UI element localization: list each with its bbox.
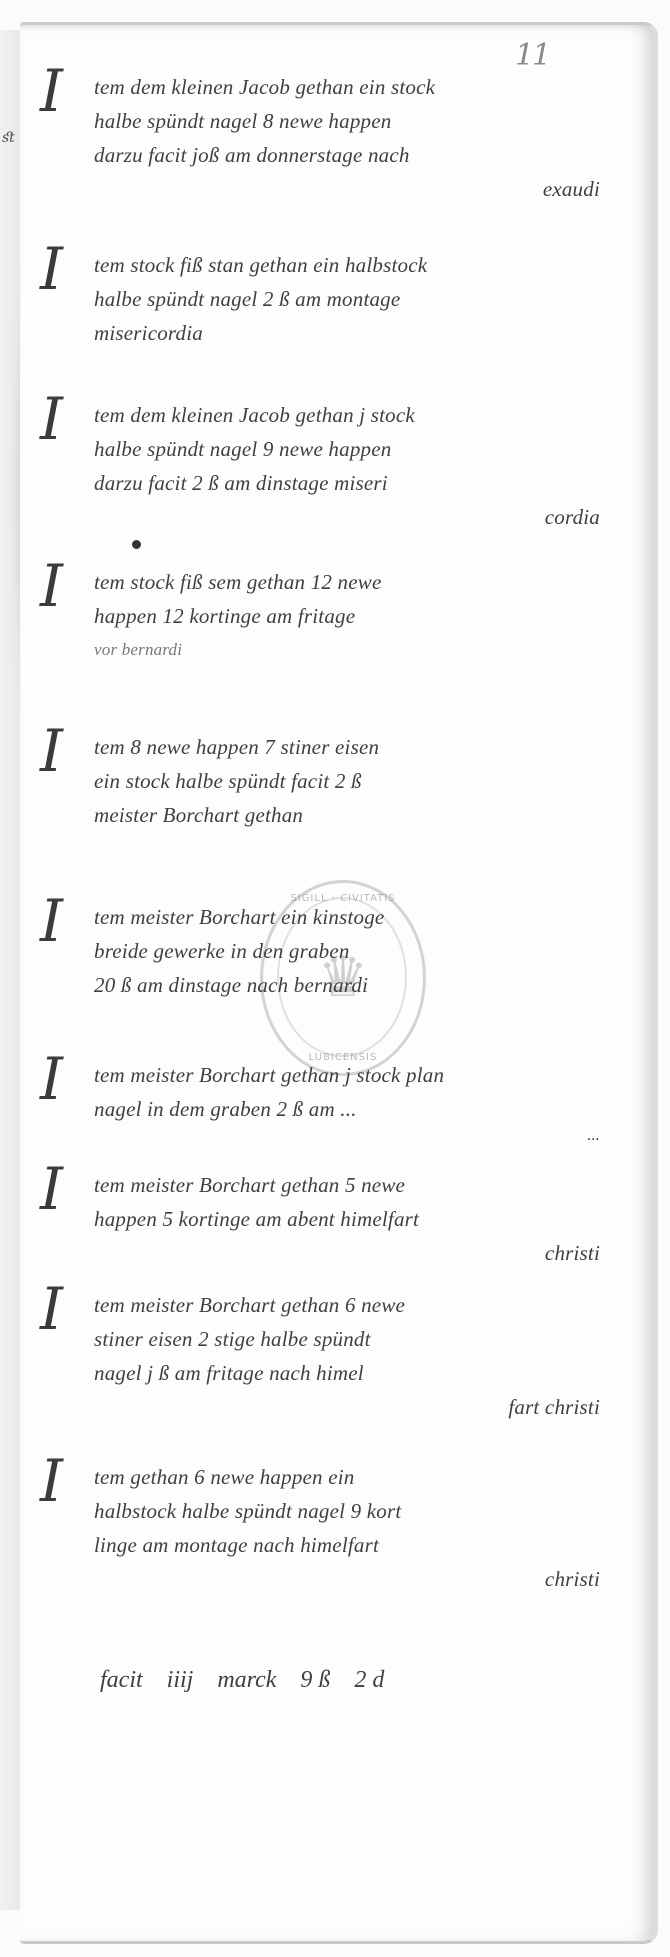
ledger-entry: I tem meister Borchart ein kinstoge brei… xyxy=(40,900,620,1002)
entry-line: darzu facit 2 ß am dinstage miseri xyxy=(94,466,620,500)
entry-initial: I xyxy=(40,557,63,615)
entry-line: tem meister Borchart gethan 5 newe xyxy=(94,1168,620,1202)
entry-tail: christi xyxy=(40,1562,620,1596)
entry-tail: fart christi xyxy=(40,1390,620,1424)
ledger-entry: I tem stock fiß stan gethan ein halbstoc… xyxy=(40,248,620,350)
entry-line: tem gethan 6 newe happen ein xyxy=(94,1460,620,1494)
entry-initial: I xyxy=(40,1280,63,1338)
entry-line: breide gewerke in den graben xyxy=(94,934,620,968)
ledger-entry: I tem gethan 6 newe happen ein halbstock… xyxy=(40,1460,620,1596)
entry-line: tem meister Borchart gethan 6 newe xyxy=(94,1288,620,1322)
entry-initial: I xyxy=(40,1452,63,1510)
ledger-entry: I tem dem kleinen Jacob gethan j stock h… xyxy=(40,398,620,534)
entry-line: ein stock halbe spündt facit 2 ß xyxy=(94,764,620,798)
ledger-entry: I tem dem kleinen Jacob gethan ein stock… xyxy=(40,70,620,206)
entry-line: tem 8 newe happen 7 stiner eisen xyxy=(94,730,620,764)
entry-line: darzu facit joß am donnerstage nach xyxy=(94,138,620,172)
entry-line: happen 12 kortinge am fritage xyxy=(94,599,620,633)
entry-initial: I xyxy=(40,240,63,298)
entry-tail: cordia xyxy=(40,500,620,534)
entry-line: linge am montage nach himelfart xyxy=(94,1528,620,1562)
ledger-entry: I tem meister Borchart gethan 5 newe hap… xyxy=(40,1168,620,1270)
ledger-entry: I tem stock fiß sem gethan 12 newe happe… xyxy=(40,565,620,667)
entry-initial: I xyxy=(40,1050,63,1108)
entry-line: halbstock halbe spündt nagel 9 kort xyxy=(94,1494,620,1528)
entry-initial: I xyxy=(40,1160,63,1218)
total-pence: 2 d xyxy=(354,1667,384,1693)
ledger-entry: I tem 8 newe happen 7 stiner eisen ein s… xyxy=(40,730,620,832)
entry-tail: exaudi xyxy=(40,172,620,206)
ink-blot xyxy=(132,540,141,549)
entry-line: halbe spündt nagel 2 ß am montage xyxy=(94,282,620,316)
entry-line: happen 5 kortinge am abent himelfart xyxy=(94,1202,620,1236)
entry-tail: misericordia xyxy=(94,316,620,350)
entry-line: halbe spündt nagel 8 newe happen xyxy=(94,104,620,138)
entry-tail: christi xyxy=(40,1236,620,1270)
entry-line: nagel j ß am fritage nach himel xyxy=(94,1356,620,1390)
total-marks-unit: marck xyxy=(217,1667,276,1693)
entry-line: meister Borchart gethan xyxy=(94,798,620,832)
entry-line: halbe spündt nagel 9 newe happen xyxy=(94,432,620,466)
entry-line: stiner eisen 2 stige halbe spündt xyxy=(94,1322,620,1356)
entry-tail: ... xyxy=(40,1126,620,1146)
manuscript-scan: ﬆ 11 I tem dem kleinen Jacob gethan ein … xyxy=(0,0,670,1957)
total-shillings: 9 ß xyxy=(300,1667,330,1693)
entry-line: nagel in dem graben 2 ß am ... xyxy=(94,1092,620,1126)
margin-fragment: ﬆ xyxy=(2,130,15,146)
entry-initial: I xyxy=(40,722,63,780)
entry-line: tem stock fiß stan gethan ein halbstock xyxy=(94,248,620,282)
entry-line: tem stock fiß sem gethan 12 newe xyxy=(94,565,620,599)
entry-line: tem meister Borchart ein kinstoge xyxy=(94,900,620,934)
total-marks-amount: iiij xyxy=(167,1667,194,1693)
entry-line: tem dem kleinen Jacob gethan j stock xyxy=(94,398,620,432)
entry-initial: I xyxy=(40,892,63,950)
ledger-total: facit iiij marck 9 ß 2 d xyxy=(100,1667,402,1694)
folio-number: 11 xyxy=(515,38,549,73)
ledger-entry: I tem meister Borchart gethan j stock pl… xyxy=(40,1058,620,1146)
entry-line: tem meister Borchart gethan j stock plan xyxy=(94,1058,620,1092)
entry-line: 20 ß am dinstage nach bernardi xyxy=(94,968,620,1002)
entry-tail: vor bernardi xyxy=(94,633,620,667)
total-label: facit xyxy=(100,1667,143,1693)
ledger-entry: I tem meister Borchart gethan 6 newe sti… xyxy=(40,1288,620,1424)
entry-initial: I xyxy=(40,62,63,120)
entry-line: tem dem kleinen Jacob gethan ein stock xyxy=(94,70,620,104)
entry-initial: I xyxy=(40,390,63,448)
